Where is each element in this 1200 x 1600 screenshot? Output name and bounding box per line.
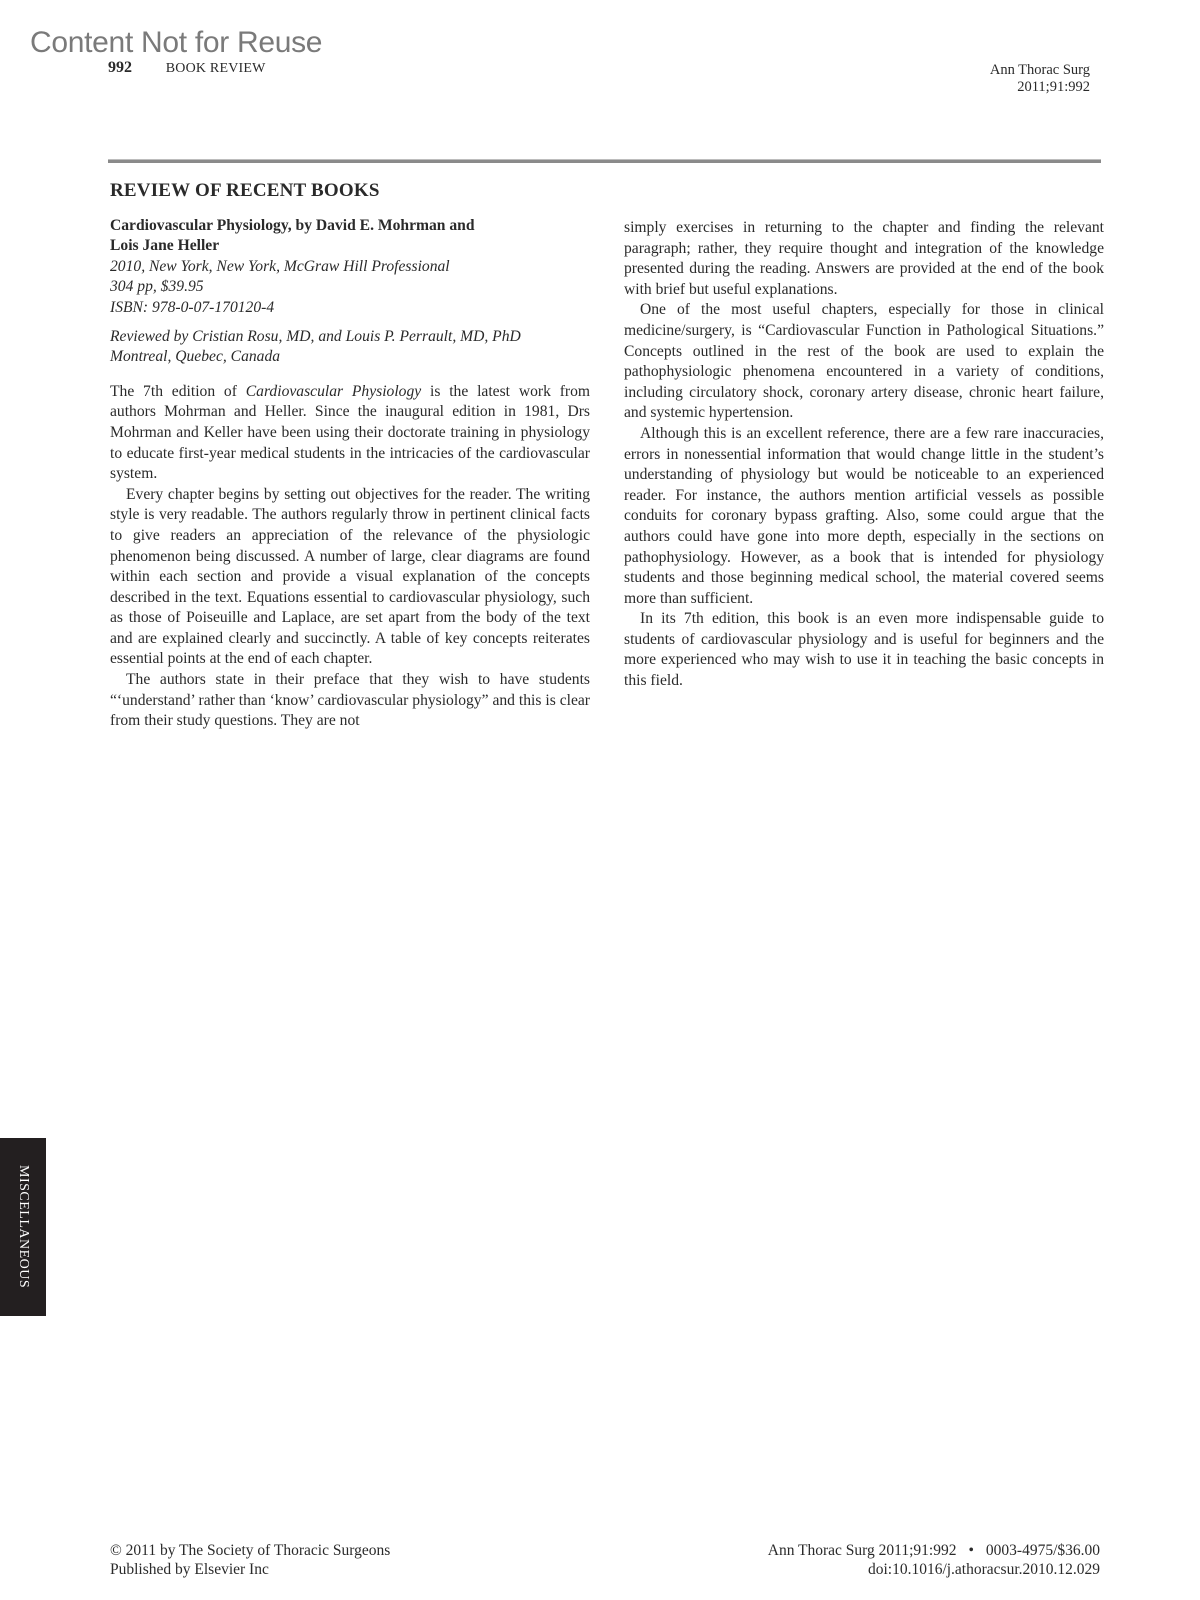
section-title: REVIEW OF RECENT BOOKS (110, 181, 590, 202)
header-rule (108, 159, 1101, 163)
paragraph-2: Every chapter begins by setting out obje… (110, 485, 590, 670)
paragraph-5: Although this is an excellent reference,… (624, 424, 1104, 609)
reviewers: Reviewed by Cristian Rosu, MD, and Louis… (110, 327, 590, 348)
paragraph-3-continued: simply exercises in returning to the cha… (624, 218, 1104, 300)
footer-right: Ann Thorac Surg 2011;91:992•0003-4975/$3… (768, 1541, 1100, 1579)
side-tab-label: MISCELLANEOUS (15, 1165, 31, 1288)
footer-left: © 2011 by The Society of Thoracic Surgeo… (110, 1541, 390, 1579)
running-head-left: 992 BOOK REVIEW (108, 60, 266, 76)
isbn: ISBN: 978-0-07-170120-4 (110, 298, 590, 319)
review-body-left: The 7th edition of Cardiovascular Physio… (110, 382, 590, 732)
publisher: Published by Elsevier Inc (110, 1560, 390, 1579)
footer-citation-line: Ann Thorac Surg 2011;91:992•0003-4975/$3… (768, 1541, 1100, 1560)
doi: doi:10.1016/j.athoracsur.2010.12.029 (768, 1560, 1100, 1579)
footer-citation: Ann Thorac Surg 2011;91:992 (768, 1542, 957, 1559)
pages-price: 304 pp, $39.95 (110, 277, 590, 298)
issn-price: 0003-4975/$36.00 (986, 1542, 1100, 1559)
paragraph-1: The 7th edition of Cardiovascular Physio… (110, 382, 590, 485)
book-title-italic: Cardiovascular Physiology (246, 383, 421, 400)
page-number: 992 (108, 59, 132, 76)
section-label: BOOK REVIEW (166, 61, 266, 76)
watermark: Content Not for Reuse (30, 28, 322, 58)
publication-info: 2010, New York, New York, McGraw Hill Pr… (110, 257, 590, 278)
bullet-separator: • (968, 1542, 973, 1559)
reviewer-block: Reviewed by Cristian Rosu, MD, and Louis… (110, 327, 590, 368)
left-column: REVIEW OF RECENT BOOKS Cardiovascular Ph… (110, 181, 590, 732)
book-title: Cardiovascular Physiology, by David E. M… (110, 216, 590, 257)
paragraph-4: One of the most useful chapters, especia… (624, 300, 1104, 424)
paragraph-3: The authors state in their preface that … (110, 670, 590, 732)
right-column: simply exercises in returning to the cha… (624, 218, 1104, 692)
book-title-line-2: Lois Jane Heller (110, 236, 590, 257)
book-meta: 2010, New York, New York, McGraw Hill Pr… (110, 257, 590, 319)
paragraph-6: In its 7th edition, this book is an even… (624, 609, 1104, 691)
reviewer-location: Montreal, Quebec, Canada (110, 347, 590, 368)
copyright: © 2011 by The Society of Thoracic Surgeo… (110, 1541, 390, 1560)
side-tab-miscellaneous: MISCELLANEOUS (0, 1138, 46, 1316)
running-head-right: Ann Thorac Surg 2011;91:992 (990, 62, 1090, 96)
journal-name: Ann Thorac Surg (990, 62, 1090, 79)
journal-citation: 2011;91:992 (990, 79, 1090, 96)
book-title-line-1: Cardiovascular Physiology, by David E. M… (110, 216, 590, 237)
